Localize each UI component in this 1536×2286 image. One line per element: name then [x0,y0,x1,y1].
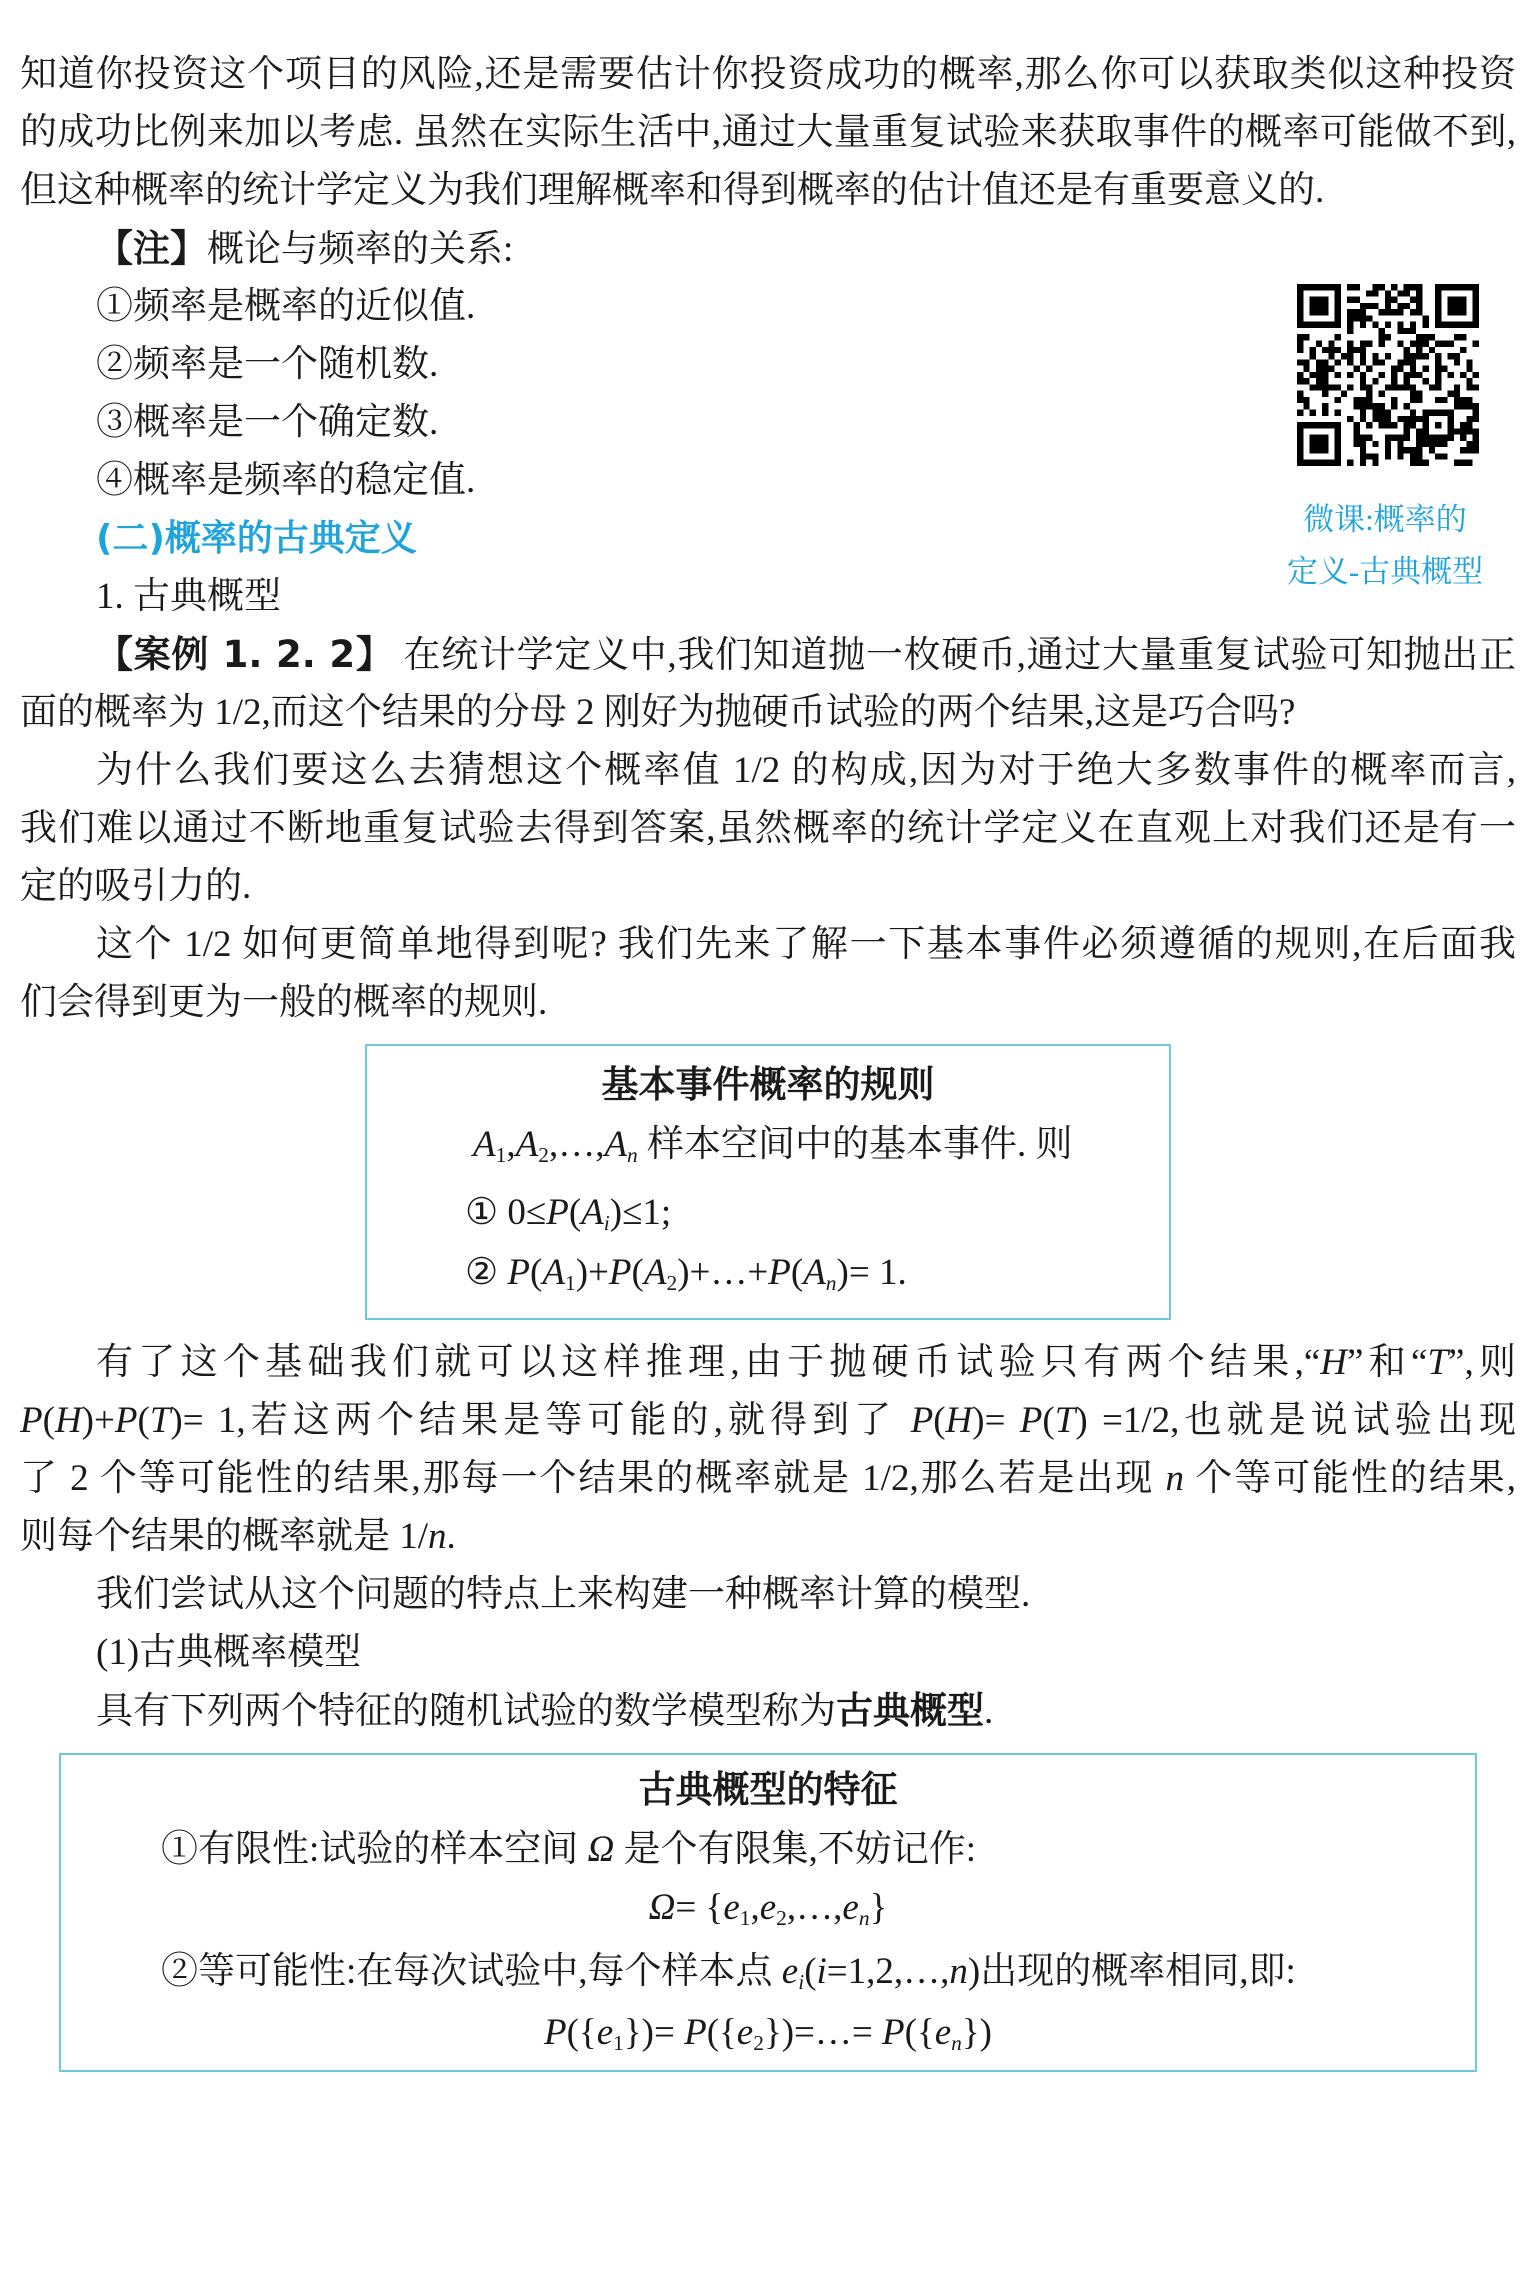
math-italic: e [760,1887,776,1928]
math-italic: e [935,2012,951,2053]
section-heading: (二)概率的古典定义 [96,510,417,568]
case-line: 【案例 1. 2. 2】 在统计学定义中,我们知道抛一枚硬币,通过大量重复试验可… [96,626,1516,684]
bold-text: 【案例 1. 2. 2】 [96,633,394,676]
reasoning-line: 有了这个基础我们就可以这样推理,由于抛硬币试验只有两个结果,“H”和“T”,则 [96,1334,1516,1392]
paragraph-line: 们会得到更为一般的概率的规则. [20,974,547,1032]
math-italic: Ω [588,1829,615,1870]
paragraph-line: 定的吸引力的. [20,858,251,916]
rule-box: 基本事件概率的规则 A1,A2,…,An 样本空间中的基本事件. 则 ① 0≤P… [365,1044,1171,1320]
italic-subscript: n [627,1143,638,1167]
feature-box: 古典概型的特征 ①有限性:试验的样本空间 Ω 是个有限集,不妨记作: Ω= {e… [59,1753,1477,2072]
math-italic: H [946,1400,973,1441]
italic-subscript: i [604,1211,610,1235]
note-item: ③概率是一个确定数. [96,394,438,452]
math-italic: P [1020,1400,1043,1441]
feature-item: ①有限性:试验的样本空间 Ω 是个有限集,不妨记作: [161,1821,976,1879]
math-italic: A [644,1252,667,1293]
model-intro: 我们尝试从这个问题的特点上来构建一种概率计算的模型. [96,1566,1030,1624]
math-italic: e [782,1951,798,1992]
qr-code-icon[interactable] [1297,284,1479,466]
math-italic: e [723,1887,739,1928]
math-italic: P [911,1400,934,1441]
math-italic: P [609,1252,632,1293]
subscript: 1 [496,1143,507,1167]
intro-line: 的成功比例来加以考虑. 虽然在实际生活中,通过大量重复试验来获取事件的概率可能做… [20,104,1516,162]
rule-item: ② P(A1)+P(A2)+…+P(An)= 1. [465,1244,907,1302]
math-italic: H [1320,1342,1347,1383]
reasoning-line: 了 2 个等可能性的结果,那每一个结果的概率就是 1/2,那么若是出现 n 个等… [20,1450,1516,1508]
note-title: 【注】概论与频率的关系: [96,220,513,278]
intro-line: 但这种概率的统计学定义为我们理解概率和得到概率的估计值还是有重要意义的. [20,162,1324,220]
italic-subscript: n [859,1906,870,1930]
math-italic: n [949,1951,968,1992]
feature-box-title: 古典概型的特征 [61,1761,1475,1819]
paragraph-line: 我们难以通过不断地重复试验去得到答案,虽然概率的统计学定义在直观上对我们还是有一 [20,800,1516,858]
subsection-heading: 1. 古典概型 [96,568,281,626]
rule-item: ① 0≤P(Ai)≤1; [465,1184,671,1242]
reasoning-line: P(H)+P(T)= 1,若这两个结果是等可能的,就得到了 P(H)= P(T)… [20,1392,1516,1450]
math-italic: A [604,1124,627,1165]
model-definition: 具有下列两个特征的随机试验的数学模型称为古典概型. [96,1682,993,1740]
math-italic: e [597,2012,613,2053]
subscript: 1 [613,2031,624,2055]
math-italic: P [20,1400,43,1441]
math-italic: e [842,1887,858,1928]
paragraph-line: 为什么我们要这么去猜想这个概率值 1/2 的构成,因为对于绝大多数事件的概率而言… [96,742,1516,800]
qr-caption-line: 定义-古典概型 [1265,546,1505,598]
intro-line: 知道你投资这个项目的风险,还是需要估计你投资成功的概率,那么你可以获取类似这种投… [20,46,1516,104]
qr-caption-line: 微课:概率的 [1265,494,1505,546]
subscript: 2 [776,1906,787,1930]
note-item: ①频率是概率的近似值. [96,278,475,336]
rule-box-intro: A1,A2,…,An 样本空间中的基本事件. 则 [473,1116,1073,1174]
subscript: 1 [740,1906,751,1930]
model-heading: (1)古典概率模型 [96,1624,361,1682]
math-italic: T [1055,1400,1076,1441]
note-item: ②频率是一个随机数. [96,336,438,394]
sample-space-formula: Ω= {e1,e2,…,en} [61,1879,1475,1937]
subscript: 2 [753,2031,764,2055]
math-italic: A [581,1192,604,1233]
math-italic: A [542,1252,565,1293]
math-italic: P [507,1252,530,1293]
math-italic: T [150,1400,171,1441]
math-italic: P [684,2012,707,2053]
math-italic: A [803,1252,826,1293]
italic-subscript: n [826,1271,837,1295]
equal-probability-formula: P({e1})= P({e2})=…= P({en}) [61,2004,1475,2062]
math-italic: i [817,1951,827,1992]
math-italic: A [516,1124,539,1165]
feature-item: ②等可能性:在每次试验中,每个样本点 ei(i=1,2,…,n)出现的概率相同,… [161,1943,1296,2001]
math-italic: T [1427,1342,1448,1383]
math-italic: A [473,1124,496,1165]
subscript: 2 [666,1271,677,1295]
math-italic: P [546,1192,569,1233]
math-italic: n [428,1516,447,1557]
italic-subscript: n [951,2031,962,2055]
case-line: 面的概率为 1/2,而这个结果的分母 2 刚好为抛硬币试验的两个结果,这是巧合吗… [20,684,1295,742]
reasoning-line: 则每个结果的概率就是 1/n. [20,1508,456,1566]
subscript: 2 [538,1143,549,1167]
math-italic: n [1166,1458,1185,1499]
textbook-page: 知道你投资这个项目的风险,还是需要估计你投资成功的概率,那么你可以获取类似这种投… [0,0,1536,2286]
italic-subscript: i [798,1970,804,1994]
math-italic: P [882,2012,905,2053]
math-italic: e [737,2012,753,2053]
bold-text: 古典概型 [836,1689,984,1732]
subscript: 1 [565,1271,576,1295]
bold-text: 【注】 [96,227,207,270]
note-item: ④概率是频率的稳定值. [96,452,475,510]
math-italic: P [768,1252,791,1293]
math-italic: Ω [649,1887,676,1928]
math-italic: P [544,2012,567,2053]
math-italic: H [55,1400,82,1441]
paragraph-line: 这个 1/2 如何更简单地得到呢? 我们先来了解一下基本事件必须遵循的规则,在后… [96,916,1516,974]
math-italic: P [115,1400,138,1441]
qr-caption: 微课:概率的 定义-古典概型 [1265,494,1505,598]
rule-box-title: 基本事件概率的规则 [367,1056,1169,1114]
